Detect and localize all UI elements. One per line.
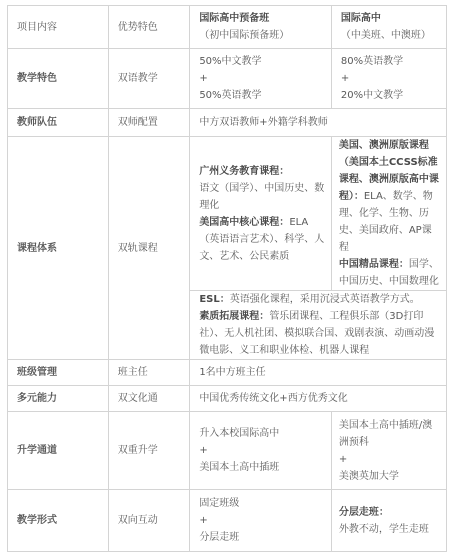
intl-high-school-subtitle: （中美班、中澳班） (341, 27, 441, 44)
cell-line: 20%中文教学 (341, 87, 441, 104)
cell-plus: + (339, 451, 441, 468)
prep-cell: 50%中文教学 + 50%英语教学 (190, 49, 332, 109)
row-label: 升学通道 (8, 412, 109, 490)
curriculum-heading: 广州义务教育课程： (199, 163, 326, 180)
cell-plus: + (199, 442, 326, 459)
header-feature: 优势特色 (108, 6, 190, 49)
row-feature: 双轨课程 (108, 137, 190, 360)
header-intl-high-school: 国际高中 （中美班、中澳班） (331, 6, 446, 49)
cell-line: 固定班级 (199, 495, 326, 512)
intl-high-school-title: 国际高中 (341, 10, 441, 27)
table-row-teaching: 教学特色 双语教学 50%中文教学 + 50%英语教学 80%英语教学 + 20… (8, 49, 447, 109)
merged-cell: 中方双语教师+外籍学科教师 (190, 109, 447, 137)
curriculum-text: 语文（国学）、中国历史、数理化 (199, 180, 326, 214)
table-row-class-management: 班级管理 班主任 1名中方班主任 (8, 360, 447, 386)
table-row-teachers: 教师队伍 双师配置 中方双语教师+外籍学科教师 (8, 109, 447, 137)
cell-plus: + (199, 70, 326, 87)
intl-cell: 80%英语教学 + 20%中文教学 (331, 49, 446, 109)
header-prep-class: 国际高中预备班 （初中国际预备班） (190, 6, 332, 49)
prep-cell: 升入本校国际高中 + 美国本土高中插班 (190, 412, 332, 490)
row-feature: 双语教学 (108, 49, 190, 109)
curriculum-heading: 美国高中核心课程： (199, 217, 289, 228)
table-row-teaching-form: 教学形式 双向互动 固定班级 + 分层走班 分层走班： 外教不动，学生走班 (8, 490, 447, 552)
merged-cell: 1名中方班主任 (190, 360, 447, 386)
prep-cell: 固定班级 + 分层走班 (190, 490, 332, 552)
row-feature: 双师配置 (108, 109, 190, 137)
merged-cell: 中国优秀传统文化+西方优秀文化 (190, 386, 447, 412)
row-label: 多元能力 (8, 386, 109, 412)
prep-class-subtitle: （初中国际预备班） (199, 27, 326, 44)
cell-line: 分层走班 (199, 529, 326, 546)
cell-line: 美国本土高中插班/澳洲预科 (339, 417, 441, 451)
cell-line: 80%英语教学 (341, 53, 441, 70)
cell-line: 外教不动，学生走班 (339, 521, 441, 538)
intl-cell: 美国本土高中插班/澳洲预科 + 美澳英加大学 (331, 412, 446, 490)
table-row-abilities: 多元能力 双文化通 中国优秀传统文化+西方优秀文化 (8, 386, 447, 412)
cell-line: 美澳英加大学 (339, 468, 441, 485)
row-label: 课程体系 (8, 137, 109, 360)
cell-heading: 分层走班： (339, 504, 441, 521)
shared-curriculum-cell: ESL：英语强化课程，采用沉浸式英语教学方式。 素质拓展课程：管乐团课程、工程俱… (190, 291, 447, 360)
cell-line: 50%中文教学 (199, 53, 326, 70)
row-feature: 班主任 (108, 360, 190, 386)
cell-plus: + (199, 512, 326, 529)
table-row-pathway: 升学通道 双重升学 升入本校国际高中 + 美国本土高中插班 美国本土高中插班/澳… (8, 412, 447, 490)
intl-curriculum-cell: 美国、澳洲原版课程（美国本土CCSS标准课程、澳洲原版高中课程）：ELA、数学、… (331, 137, 446, 291)
row-label: 教学形式 (8, 490, 109, 552)
intl-cell: 分层走班： 外教不动，学生走班 (331, 490, 446, 552)
header-item: 项目内容 (8, 6, 109, 49)
row-feature: 双重升学 (108, 412, 190, 490)
row-feature: 双向互动 (108, 490, 190, 552)
comparison-table: 项目内容 优势特色 国际高中预备班 （初中国际预备班） 国际高中 （中美班、中澳… (7, 5, 447, 552)
cell-line: 50%英语教学 (199, 87, 326, 104)
curriculum-text: 英语强化课程，采用沉浸式英语教学方式。 (230, 294, 420, 305)
cell-line: 升入本校国际高中 (199, 425, 326, 442)
curriculum-heading: 中国精品课程： (339, 259, 409, 270)
row-label: 教学特色 (8, 49, 109, 109)
cell-line: 美国本土高中插班 (199, 459, 326, 476)
table-row-curriculum: 课程体系 双轨课程 广州义务教育课程： 语文（国学）、中国历史、数理化 美国高中… (8, 137, 447, 291)
row-label: 教师队伍 (8, 109, 109, 137)
curriculum-heading: 素质拓展课程： (199, 311, 269, 322)
cell-plus: + (341, 70, 441, 87)
curriculum-heading: ESL： (199, 294, 229, 305)
prep-class-title: 国际高中预备班 (199, 10, 326, 27)
row-label: 班级管理 (8, 360, 109, 386)
header-row: 项目内容 优势特色 国际高中预备班 （初中国际预备班） 国际高中 （中美班、中澳… (8, 6, 447, 49)
row-feature: 双文化通 (108, 386, 190, 412)
prep-curriculum-cell: 广州义务教育课程： 语文（国学）、中国历史、数理化 美国高中核心课程：ELA（英… (190, 137, 332, 291)
